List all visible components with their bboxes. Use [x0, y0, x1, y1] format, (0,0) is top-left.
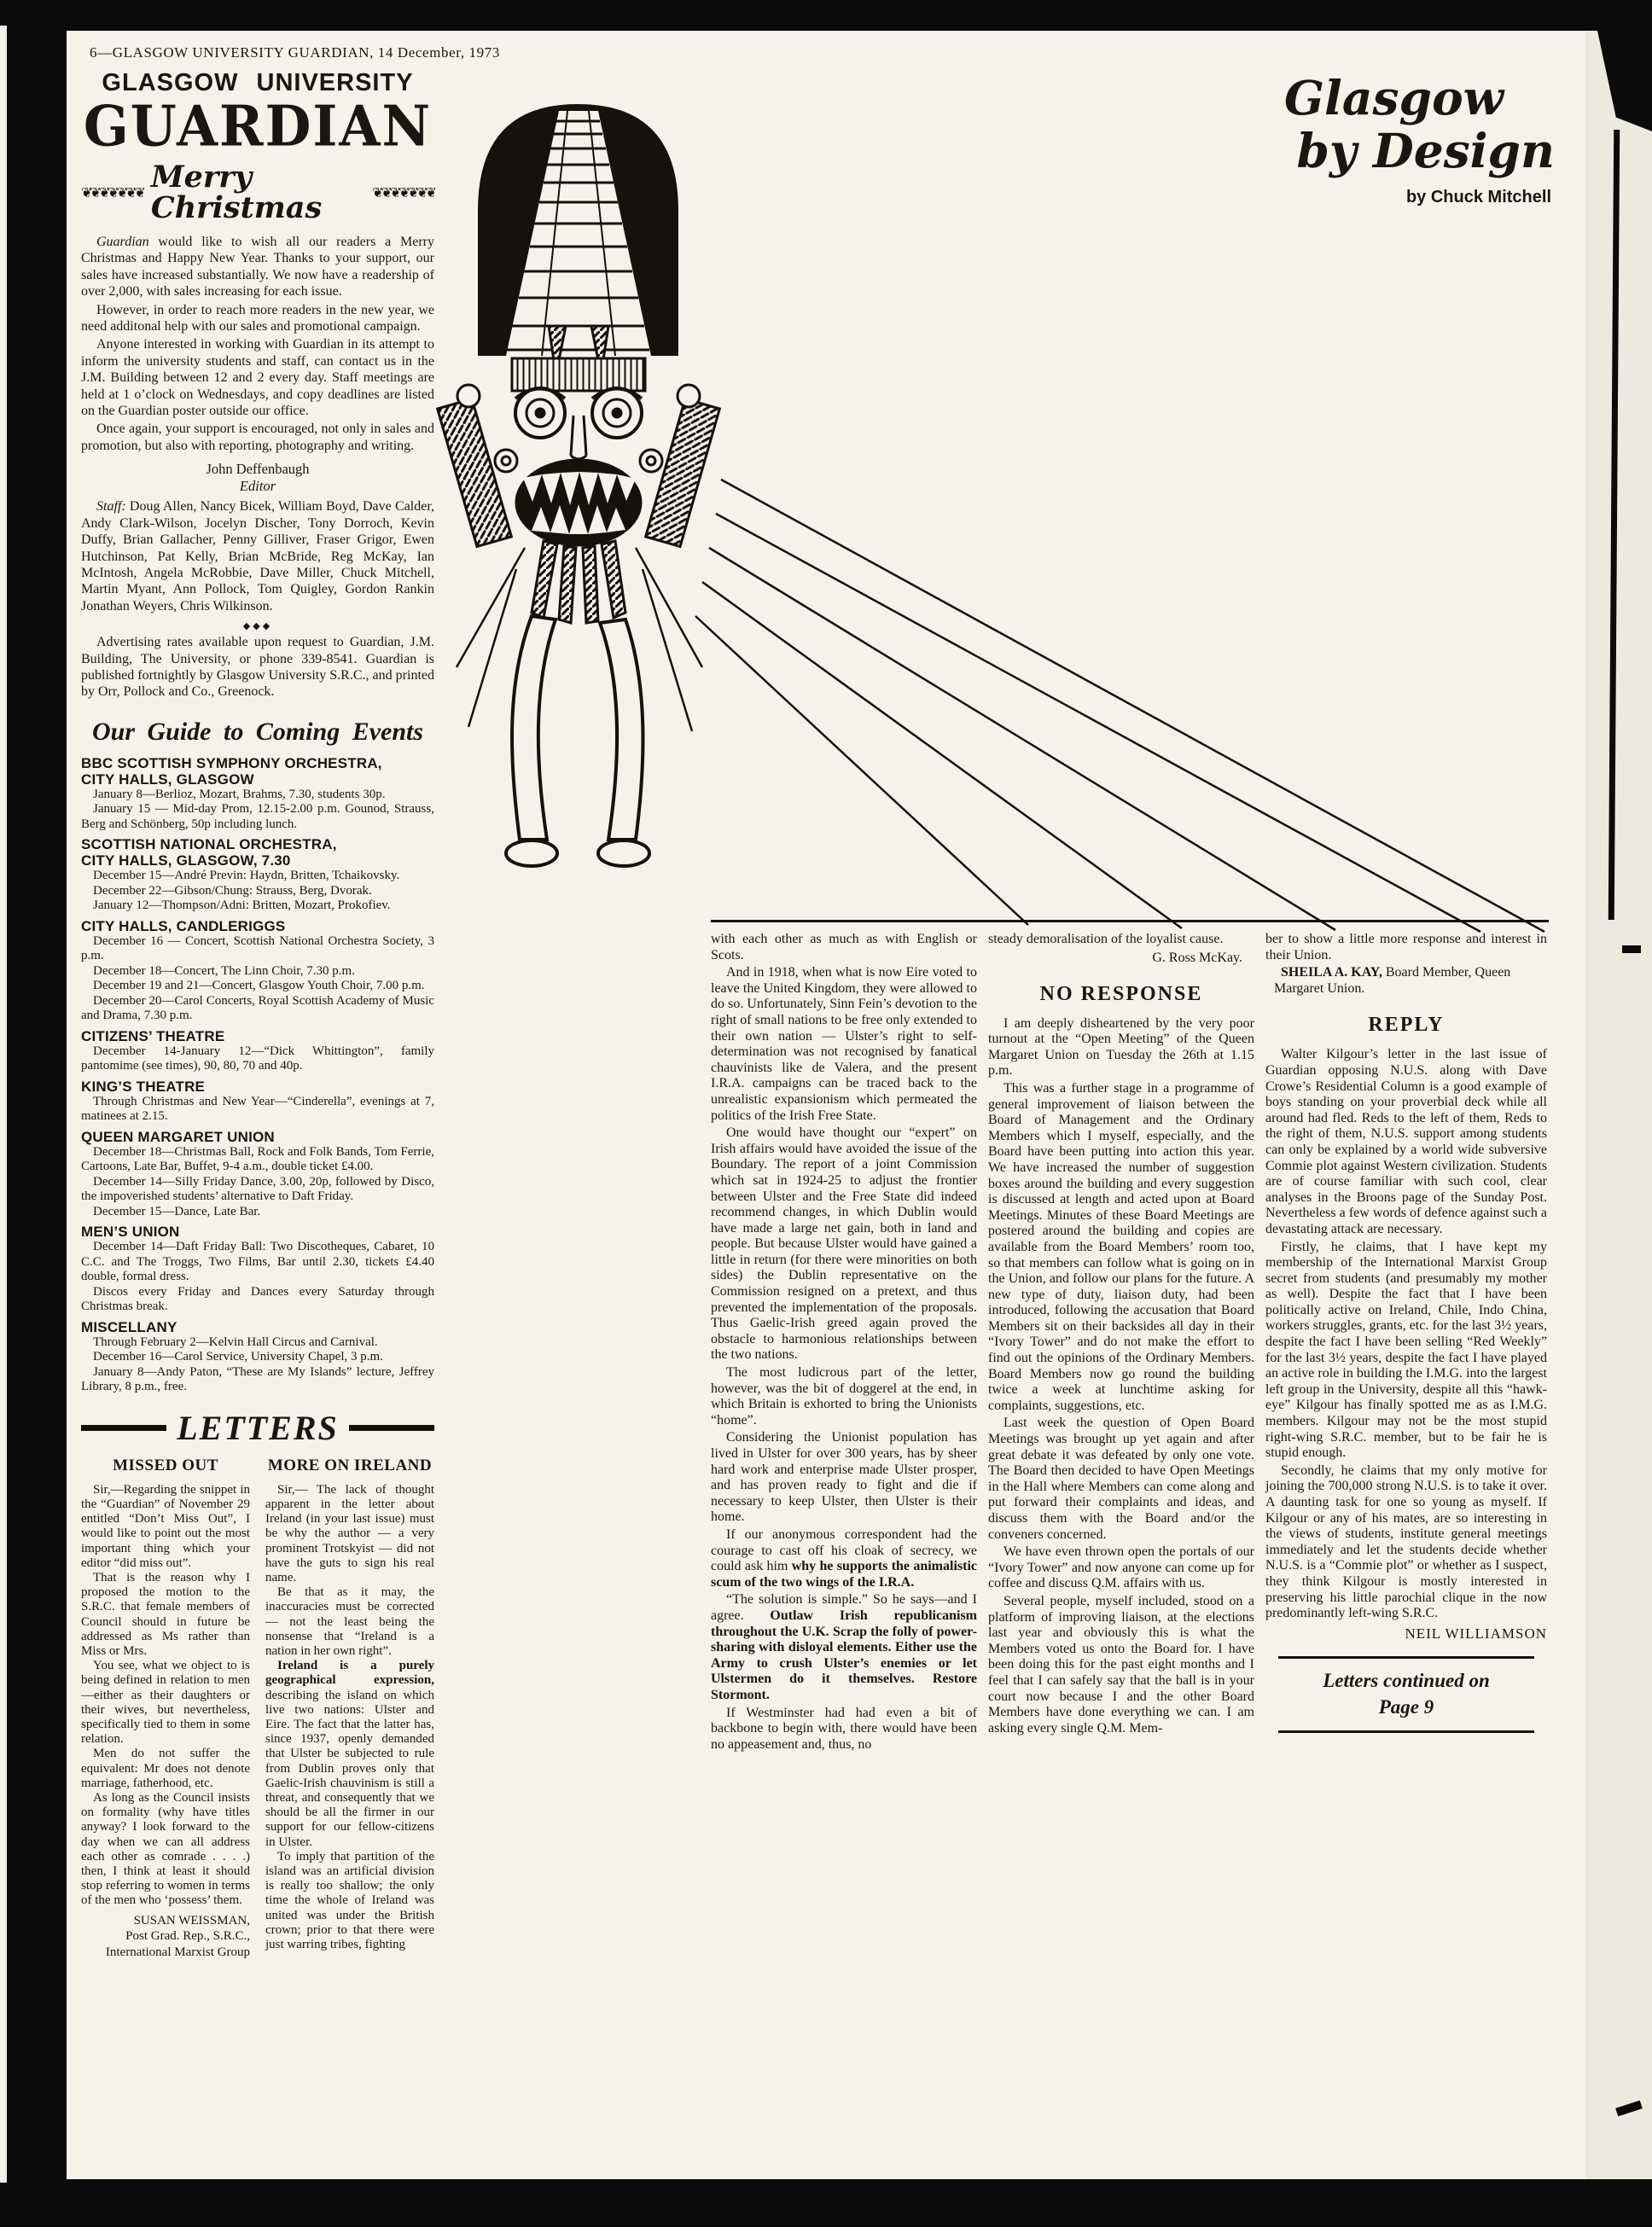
design-title-line2: by Design	[1220, 125, 1555, 177]
event-section: BBC SCOTTISH SYMPHONY ORCHESTRA, CITY HA…	[81, 755, 434, 833]
signature-line: Post Grad. Rep., S.R.C.,	[81, 1928, 250, 1945]
event-section: KING’S THEATRE Through Christmas and New…	[81, 1079, 434, 1125]
letters-heading: LETTERS	[81, 1410, 434, 1446]
scan-edge-left	[0, 26, 7, 2183]
page-header: 6—GLASGOW UNIVERSITY GUARDIAN, 14 Decemb…	[90, 44, 500, 61]
letter-signature: G. Ross McKay.	[988, 951, 1254, 966]
continued-line1: Letters continued on	[1278, 1667, 1534, 1694]
letter-paragraph: ber to show a little more response and i…	[1265, 932, 1547, 963]
editor-signature: John Deffenbaugh Editor	[81, 461, 434, 495]
letter-paragraph: Ireland is a purely geographical express…	[265, 1659, 434, 1850]
masthead-kicker: GLASGOW UNIVERSITY	[81, 70, 434, 96]
scan-artifact	[1622, 945, 1641, 953]
event-item: December 15—Dance, Late Bar.	[81, 1205, 434, 1220]
event-section: MISCELLANY Through February 2—Kelvin Hal…	[81, 1319, 434, 1395]
event-item: December 14—Silly Friday Dance, 3.00, 20…	[81, 1175, 434, 1205]
event-item: January 12—Thompson/Adni: Britten, Mozar…	[81, 898, 434, 914]
event-item: Through February 2—Kelvin Hall Circus an…	[81, 1335, 434, 1351]
editor-role: Editor	[81, 478, 434, 495]
letter-paragraph: If Westminster had had even a bit of bac…	[711, 1706, 977, 1753]
event-item: December 20—Carol Concerts, Royal Scotti…	[81, 994, 434, 1024]
letter-heading: NO RESPONSE	[988, 983, 1254, 1006]
scan-edge-right	[1585, 31, 1652, 2179]
letter-paragraph: Sir,—Regarding the snippet in the “Guard…	[81, 1483, 250, 1571]
event-heading: BBC SCOTTISH SYMPHONY ORCHESTRA,	[81, 755, 434, 771]
letter-paragraph: with each other as much as with English …	[711, 932, 977, 963]
letter-heading: MISSED OUT	[81, 1457, 250, 1475]
event-section: QUEEN MARGARET UNION December 18—Christm…	[81, 1129, 434, 1220]
left-column: GLASGOW UNIVERSITY GUARDIAN ❦❦❦❦❦❦❦ Merr…	[81, 70, 434, 1960]
design-title-line1: Glasgow	[1220, 72, 1555, 125]
letter-paragraph: Be that as it may, the inaccuracies must…	[265, 1585, 434, 1659]
event-heading: CITIZENS’ THEATRE	[81, 1028, 434, 1044]
letter-paragraph: We have even thrown open the portals of …	[988, 1544, 1254, 1592]
letters-title: LETTERS	[177, 1410, 339, 1446]
letter-signature: SUSAN WEISSMAN, Post Grad. Rep., S.R.C.,…	[81, 1913, 250, 1961]
letter-more-on-ireland: MORE ON IRELAND Sir,— The lack of though…	[265, 1453, 434, 1960]
letters-columns: MISSED OUT Sir,—Regarding the snippet in…	[81, 1453, 434, 1960]
event-item: December 16 — Concert, Scottish National…	[81, 934, 434, 964]
event-item: January 8—Berlioz, Mozart, Brahms, 7.30,…	[81, 788, 434, 803]
event-item: Discos every Friday and Dances every Sat…	[81, 1285, 434, 1315]
letter-paragraph: I am deeply disheartened by the very poo…	[988, 1016, 1254, 1079]
greeting-text: Merry Christmas	[151, 162, 364, 224]
christmas-greeting: ❦❦❦❦❦❦❦ Merry Christmas ❦❦❦❦❦❦❦	[81, 162, 434, 224]
letter-paragraph: You see, what we object to is being defi…	[81, 1659, 250, 1747]
letter-paragraph: That is the reason why I proposed the mo…	[81, 1571, 250, 1659]
event-item: December 18—Concert, The Linn Choir, 7.3…	[81, 964, 434, 980]
letter-paragraph: To imply that partition of the island wa…	[265, 1850, 434, 1952]
letter-paragraph: And in 1918, when what is now Eire voted…	[711, 965, 977, 1124]
holly-ornament-left: ❦❦❦❦❦❦❦	[81, 184, 143, 201]
staff-names: Doug Allen, Nancy Bicek, William Boyd, D…	[81, 499, 434, 613]
event-heading: MEN’S UNION	[81, 1224, 434, 1240]
event-heading: KING’S THEATRE	[81, 1079, 434, 1095]
events-title: Our Guide to Coming Events	[81, 718, 434, 747]
signature-name: SHEILA A. KAY,	[1281, 965, 1382, 980]
holly-ornament-right: ❦❦❦❦❦❦❦	[372, 184, 434, 201]
event-item: December 14—Daft Friday Ball: Two Discot…	[81, 1240, 434, 1285]
editorial-paragraph: However, in order to reach more readers …	[81, 302, 434, 335]
letter-paragraph: Walter Kilgour’s letter in the last issu…	[1265, 1047, 1547, 1237]
letter-paragraph: Firstly, he claims, that I have kept my …	[1265, 1240, 1547, 1462]
editor-name: John Deffenbaugh	[81, 461, 434, 478]
masthead-title: GUARDIAN	[81, 97, 434, 155]
design-byline: by Chuck Mitchell	[1220, 188, 1555, 207]
rule-left	[81, 1425, 166, 1431]
letter-paragraph: Considering the Unionist population has …	[711, 1430, 977, 1526]
letter-paragraph: This was a further stage in a programme …	[988, 1081, 1254, 1414]
signature-line: SUSAN WEISSMAN,	[81, 1913, 250, 1929]
letters-column-3: with each other as much as with English …	[711, 932, 977, 1754]
event-item: January 8—Andy Paton, “These are My Isla…	[81, 1365, 434, 1395]
event-item: December 22—Gibson/Chung: Strauss, Berg,…	[81, 884, 434, 899]
letter-paragraph: Several people, myself included, stood o…	[988, 1594, 1254, 1736]
event-item: December 15—André Previn: Haydn, Britten…	[81, 869, 434, 884]
rule-right	[349, 1425, 434, 1431]
section-rule	[711, 920, 1549, 922]
event-item: December 16—Carol Service, University Ch…	[81, 1350, 434, 1365]
event-item: January 15 — Mid-day Prom, 12.15-2.00 p.…	[81, 802, 434, 832]
letter-paragraph: “The solution is simple.” So he says—and…	[711, 1592, 977, 1703]
letter-paragraph: Men do not suffer the equivalent: Mr doe…	[81, 1747, 250, 1791]
letters-continued-note: Letters continued on Page 9	[1278, 1656, 1534, 1733]
editorial-paragraph: Guardian would like to wish all our read…	[81, 234, 434, 300]
advertising-note: Advertising rates available upon request…	[81, 634, 434, 701]
letter-missed-out: MISSED OUT Sir,—Regarding the snippet in…	[81, 1453, 250, 1960]
letters-column-5: ber to show a little more response and i…	[1265, 932, 1547, 1733]
event-item: December 18—Christmas Ball, Rock and Fol…	[81, 1145, 434, 1175]
letter-heading: MORE ON IRELAND	[265, 1457, 434, 1475]
letter-paragraph: Sir,— The lack of thought apparent in th…	[265, 1483, 434, 1585]
letter-signature: SHEILA A. KAY, Board Member, Queen Marga…	[1274, 965, 1547, 997]
letter-paragraph: steady demoralisation of the loyalist ca…	[988, 932, 1254, 948]
continued-line2: Page 9	[1278, 1694, 1534, 1720]
letter-signature: NEIL WILLIAMSON	[1265, 1625, 1547, 1643]
letter-paragraph: If our anonymous correspondent had the c…	[711, 1527, 977, 1590]
staff-label: Staff:	[96, 499, 126, 514]
letter-paragraph: The most ludicrous part of the letter, h…	[711, 1365, 977, 1428]
staff-list: Staff: Doug Allen, Nancy Bicek, William …	[81, 498, 434, 614]
letter-paragraph: Secondly, he claims that my only motive …	[1265, 1463, 1547, 1622]
event-heading: CITY HALLS, CANDLERIGGS	[81, 918, 434, 934]
event-item: Through Christmas and New Year—“Cinderel…	[81, 1095, 434, 1125]
newspaper-page: 6—GLASGOW UNIVERSITY GUARDIAN, 14 Decemb…	[67, 31, 1585, 2179]
signature-line: International Marxist Group	[81, 1945, 250, 1961]
event-heading: CITY HALLS, GLASGOW, 7.30	[81, 852, 434, 869]
editorial-paragraph: Once again, your support is encouraged, …	[81, 421, 434, 454]
event-section: MEN’S UNION December 14—Daft Friday Ball…	[81, 1224, 434, 1315]
event-heading: MISCELLANY	[81, 1319, 434, 1335]
event-heading: SCOTTISH NATIONAL ORCHESTRA,	[81, 836, 434, 852]
event-item: December 14-January 12—“Dick Whittington…	[81, 1044, 434, 1074]
letter-text: describing the island on which live two …	[265, 1689, 434, 1849]
bold-run: Ireland is a purely geographical express…	[265, 1659, 434, 1687]
diamond-divider: ◆◆◆	[81, 620, 434, 631]
letter-paragraph: Last week the question of Open Board Mee…	[988, 1416, 1254, 1543]
letters-column-4: steady demoralisation of the loyalist ca…	[988, 932, 1254, 1738]
event-section: CITIZENS’ THEATRE December 14-January 12…	[81, 1028, 434, 1074]
design-article-header: Glasgow by Design by Chuck Mitchell	[1220, 72, 1555, 207]
event-section: SCOTTISH NATIONAL ORCHESTRA, CITY HALLS,…	[81, 836, 434, 914]
event-item: December 19 and 21—Concert, Glasgow Yout…	[81, 979, 434, 994]
letter-heading: REPLY	[1265, 1014, 1547, 1037]
event-section: CITY HALLS, CANDLERIGGS December 16 — Co…	[81, 918, 434, 1024]
letter-paragraph: As long as the Council insists on formal…	[81, 1791, 250, 1909]
event-heading: QUEEN MARGARET UNION	[81, 1129, 434, 1145]
newspaper-scan: 6—GLASGOW UNIVERSITY GUARDIAN, 14 Decemb…	[0, 0, 1652, 2227]
editorial-paragraph: Anyone interested in working with Guardi…	[81, 336, 434, 419]
letter-paragraph: One would have thought our “expert” on I…	[711, 1125, 977, 1364]
guardian-italic: Guardian	[96, 235, 149, 249]
event-heading: CITY HALLS, GLASGOW	[81, 771, 434, 788]
